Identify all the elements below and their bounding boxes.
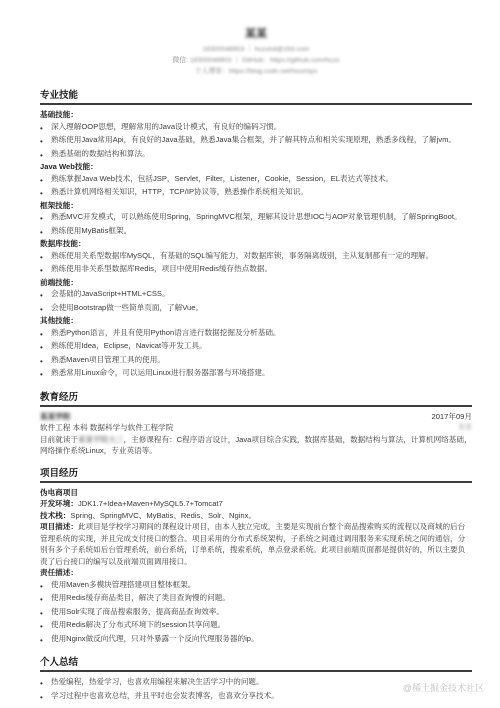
bullet-icon <box>40 211 51 225</box>
skill-group-title: 基础技能： <box>40 109 472 121</box>
list-item: 熟悉基础的数据结构和算法。 <box>40 148 472 162</box>
list-item-text: 熟练使用Java常用Api，有良好的Java基础，熟悉Java集合框架，并了解其… <box>51 134 472 148</box>
section-skills: 专业技能 基础技能： 深入理解OOP思想，理解常用的Java设计模式，有良好的编… <box>40 87 472 381</box>
bullet-icon <box>40 288 51 302</box>
list-item-text: 使用Solr实现了商品搜索服务，提高商品查询效率。 <box>51 606 472 620</box>
candidate-name: 某某 <box>245 25 267 41</box>
list-item: 使用Redis缓存商品类目，解决了类目查询慢的问题。 <box>40 592 472 606</box>
list-item-text: 熟悉常用Linux命令，可以运用Linux进行服务器部署与环境搭建。 <box>51 367 472 381</box>
skill-group-database: 数据库技能： 熟练使用关系型数据库MySQL，有基础的SQL编写能力，对数据库锁… <box>40 238 472 277</box>
bullet-icon <box>40 633 51 647</box>
skill-group-javaweb: Java Web技能： 熟练掌握Java Web技术，包括JSP，Servlet… <box>40 161 472 200</box>
list-item: 使用Solr实现了商品搜索服务，提高商品查询效率。 <box>40 606 472 620</box>
wechat-label: 微信: <box>173 57 190 64</box>
education-degree: 软件工程 本科 数据科学与软件工程学院 <box>40 422 173 434</box>
section-projects: 项目经历 伪电商项目 开发环境：JDK1.7+Idea+Maven+MySQL5… <box>40 465 472 647</box>
bullet-icon <box>40 263 51 277</box>
list-item-text: 使用Redis解决了分布式环境下的session共享问题。 <box>51 619 472 633</box>
list-item: 熟练使用关系型数据库MySQL，有基础的SQL编写能力，对数据库锁，事务隔离级别… <box>40 250 472 264</box>
contact-line-wechat-github: 微信: 18300048903 ｜ GitHub：https://github.… <box>40 55 472 66</box>
education-row-school: 某某学院 2017年09月 <box>40 411 472 423</box>
list-item-text: 熟悉Maven项目管理工具的使用。 <box>51 354 472 368</box>
section-education: 教育经历 某某学院 2017年09月 软件工程 本科 数据科学与软件工程学院 某… <box>40 389 472 457</box>
blog-redacted: 个人博客：https://blog.csdn.net/houmiyu <box>195 68 317 75</box>
list-item: 使用Nginx做反向代理，只对外暴露一个反向代理服务器的ip。 <box>40 633 472 647</box>
list-item: 使用Redis解决了分布式环境下的session共享问题。 <box>40 619 472 633</box>
project-env-line: 开发环境：JDK1.7+Idea+Maven+MySQL5.7+Tomcat7 <box>40 498 472 510</box>
bullet-icon <box>40 367 51 381</box>
list-item: 熟悉MVC开发模式，可以熟练使用Spring，SpringMVC框架，理解其设计… <box>40 211 472 225</box>
skill-group-title: 数据库技能： <box>40 238 472 250</box>
education-row-degree: 软件工程 本科 数据科学与软件工程学院 某某 <box>40 422 472 434</box>
skill-group-title: Java Web技能： <box>40 161 472 173</box>
education-desc-redacted: 某某学院大三 <box>78 435 124 444</box>
bullet-icon <box>40 606 51 620</box>
project-desc-value: 此项目是学校学习期间的课程设计项目，由本人独立完成，主要是实现前台整个商品搜索购… <box>40 522 465 566</box>
list-item: 使用Maven多模块管理搭建项目整体框架。 <box>40 579 472 593</box>
bullet-icon <box>40 250 51 264</box>
bullet-icon <box>40 121 51 135</box>
section-title-summary: 个人总结 <box>40 654 472 672</box>
project-env-value: JDK1.7+Idea+Maven+MySQL5.7+Tomcat7 <box>78 499 223 508</box>
education-date: 2017年09月 <box>431 411 472 423</box>
project-desc-label: 项目描述： <box>40 522 78 531</box>
section-summary: 个人总结 热爱编程，热爱学习，也喜欢用编程来解决生活学习中的问题。 学习过程中也… <box>40 654 472 703</box>
list-item-text: 使用Redis缓存商品类目，解决了类目查询慢的问题。 <box>51 592 472 606</box>
bullet-icon <box>40 148 51 162</box>
list-item-text: 熟悉MVC开发模式，可以熟练使用Spring，SpringMVC框架，理解其设计… <box>51 211 472 225</box>
project-name: 伪电商项目 <box>40 487 472 499</box>
bullet-icon <box>40 302 51 316</box>
section-title-education: 教育经历 <box>40 389 472 407</box>
bullet-icon <box>40 619 51 633</box>
section-title-skills: 专业技能 <box>40 87 472 105</box>
project-resp-label: 责任描述： <box>40 567 472 579</box>
project-stack-line: 技术栈：Spring、SpringMVC、MyBatis、Redis、Solr、… <box>40 510 472 522</box>
bullet-icon <box>40 186 51 200</box>
skill-group-title: 框架技能： <box>40 200 472 212</box>
list-item: 熟悉Maven项目管理工具的使用。 <box>40 354 472 368</box>
project-description-line: 项目描述：此项目是学校学习期间的课程设计项目，由本人独立完成，主要是实现前台整个… <box>40 521 472 567</box>
skill-group-other: 其他技能： 熟悉Python语言，并且有使用Python语言进行数据挖掘及分析基… <box>40 315 472 381</box>
bullet-icon <box>40 327 51 341</box>
bullet-icon <box>40 690 51 704</box>
bullet-icon <box>40 225 51 239</box>
bullet-icon <box>40 579 51 593</box>
bullet-icon <box>40 592 51 606</box>
bullet-icon <box>40 340 51 354</box>
list-item-text: 深入理解OOP思想，理解常用的Java设计模式，有良好的编码习惯。 <box>51 121 472 135</box>
list-item: 会使用Bootstrap做一些简单页面，了解Vue。 <box>40 302 472 316</box>
list-item-text: 熟练使用MyBatis框架。 <box>51 225 472 239</box>
education-desc-prefix: 目前就读于 <box>40 435 78 444</box>
skill-group-framework: 框架技能： 熟悉MVC开发模式，可以熟练使用Spring，SpringMVC框架… <box>40 200 472 239</box>
list-item-text: 熟练掌握Java Web技术，包括JSP，Servlet，Filter，List… <box>51 173 472 187</box>
juejin-watermark: @稀土掘金技术社区 <box>403 681 484 694</box>
bullet-icon <box>40 676 51 690</box>
list-item-text: 使用Nginx做反向代理，只对外暴露一个反向代理服务器的ip。 <box>51 633 472 647</box>
education-description: 目前就读于某某学院大三，主修课程有：C程序语言设计，Java项目综合实践，数据库… <box>40 434 472 457</box>
project-stack-label: 技术栈： <box>40 511 70 520</box>
project-env-label: 开发环境： <box>40 499 78 508</box>
list-item: 熟悉常用Linux命令，可以运用Linux进行服务器部署与环境搭建。 <box>40 367 472 381</box>
list-item: 熟练使用非关系型数据库Redis，项目中使用Redis缓存热点数据。 <box>40 263 472 277</box>
section-title-projects: 项目经历 <box>40 465 472 483</box>
skill-group-basic: 基础技能： 深入理解OOP思想，理解常用的Java设计模式，有良好的编码习惯。 … <box>40 109 472 161</box>
skill-group-title: 前端技能： <box>40 277 472 289</box>
contact-line-blog: 个人博客：https://blog.csdn.net/houmiyu <box>40 66 472 77</box>
bullet-icon <box>40 134 51 148</box>
list-item: 熟悉Python语言，并且有使用Python语言进行数据挖掘及分析基础。 <box>40 327 472 341</box>
list-item-text: 熟练使用非关系型数据库Redis，项目中使用Redis缓存热点数据。 <box>51 263 472 277</box>
education-location-redacted: 某某 <box>458 422 472 434</box>
list-item-text: 熟悉计算机网络相关知识，HTTP，TCP/IP协议等，熟悉操作系统相关知识。 <box>51 186 472 200</box>
list-item-text: 使用Maven多模块管理搭建项目整体框架。 <box>51 579 472 593</box>
list-item-text: 会基础的JavaScript+HTML+CSS。 <box>51 288 472 302</box>
contact-line-phone-email: 18300048903 ｜ hczshd@163.com <box>40 44 472 55</box>
project-stack-value: Spring、SpringMVC、MyBatis、Redis、Solr、Ngin… <box>70 511 256 520</box>
school-name-redacted: 某某学院 <box>40 411 70 423</box>
bullet-icon <box>40 173 51 187</box>
list-item-text: 熟悉基础的数据结构和算法。 <box>51 148 472 162</box>
list-item: 熟练使用Idea，Eclipse，Navicat等开发工具。 <box>40 340 472 354</box>
list-item-text: 熟悉Python语言，并且有使用Python语言进行数据挖掘及分析基础。 <box>51 327 472 341</box>
list-item-text: 熟练使用关系型数据库MySQL，有基础的SQL编写能力，对数据库锁，事务隔离级别… <box>51 250 472 264</box>
list-item: 熟练使用MyBatis框架。 <box>40 225 472 239</box>
resume-page: 某某 18300048903 ｜ hczshd@163.com 微信: 1830… <box>0 0 500 703</box>
wechat-github-redacted: 18300048903 ｜ GitHub：https://github.com/… <box>190 57 340 64</box>
list-item-text: 熟练使用Idea，Eclipse，Navicat等开发工具。 <box>51 340 472 354</box>
list-item: 熟练使用Java常用Api，有良好的Java基础，熟悉Java集合框架，并了解其… <box>40 134 472 148</box>
skill-group-frontend: 前端技能： 会基础的JavaScript+HTML+CSS。 会使用Bootst… <box>40 277 472 316</box>
list-item: 熟悉计算机网络相关知识，HTTP，TCP/IP协议等，熟悉操作系统相关知识。 <box>40 186 472 200</box>
list-item: 熟练掌握Java Web技术，包括JSP，Servlet，Filter，List… <box>40 173 472 187</box>
resume-header: 某某 18300048903 ｜ hczshd@163.com 微信: 1830… <box>40 24 472 77</box>
list-item: 深入理解OOP思想，理解常用的Java设计模式，有良好的编码习惯。 <box>40 121 472 135</box>
list-item: 会基础的JavaScript+HTML+CSS。 <box>40 288 472 302</box>
phone-email-redacted: 18300048903 ｜ hczshd@163.com <box>203 46 310 53</box>
bullet-icon <box>40 354 51 368</box>
list-item-text: 会使用Bootstrap做一些简单页面，了解Vue。 <box>51 302 472 316</box>
skill-group-title: 其他技能： <box>40 315 472 327</box>
